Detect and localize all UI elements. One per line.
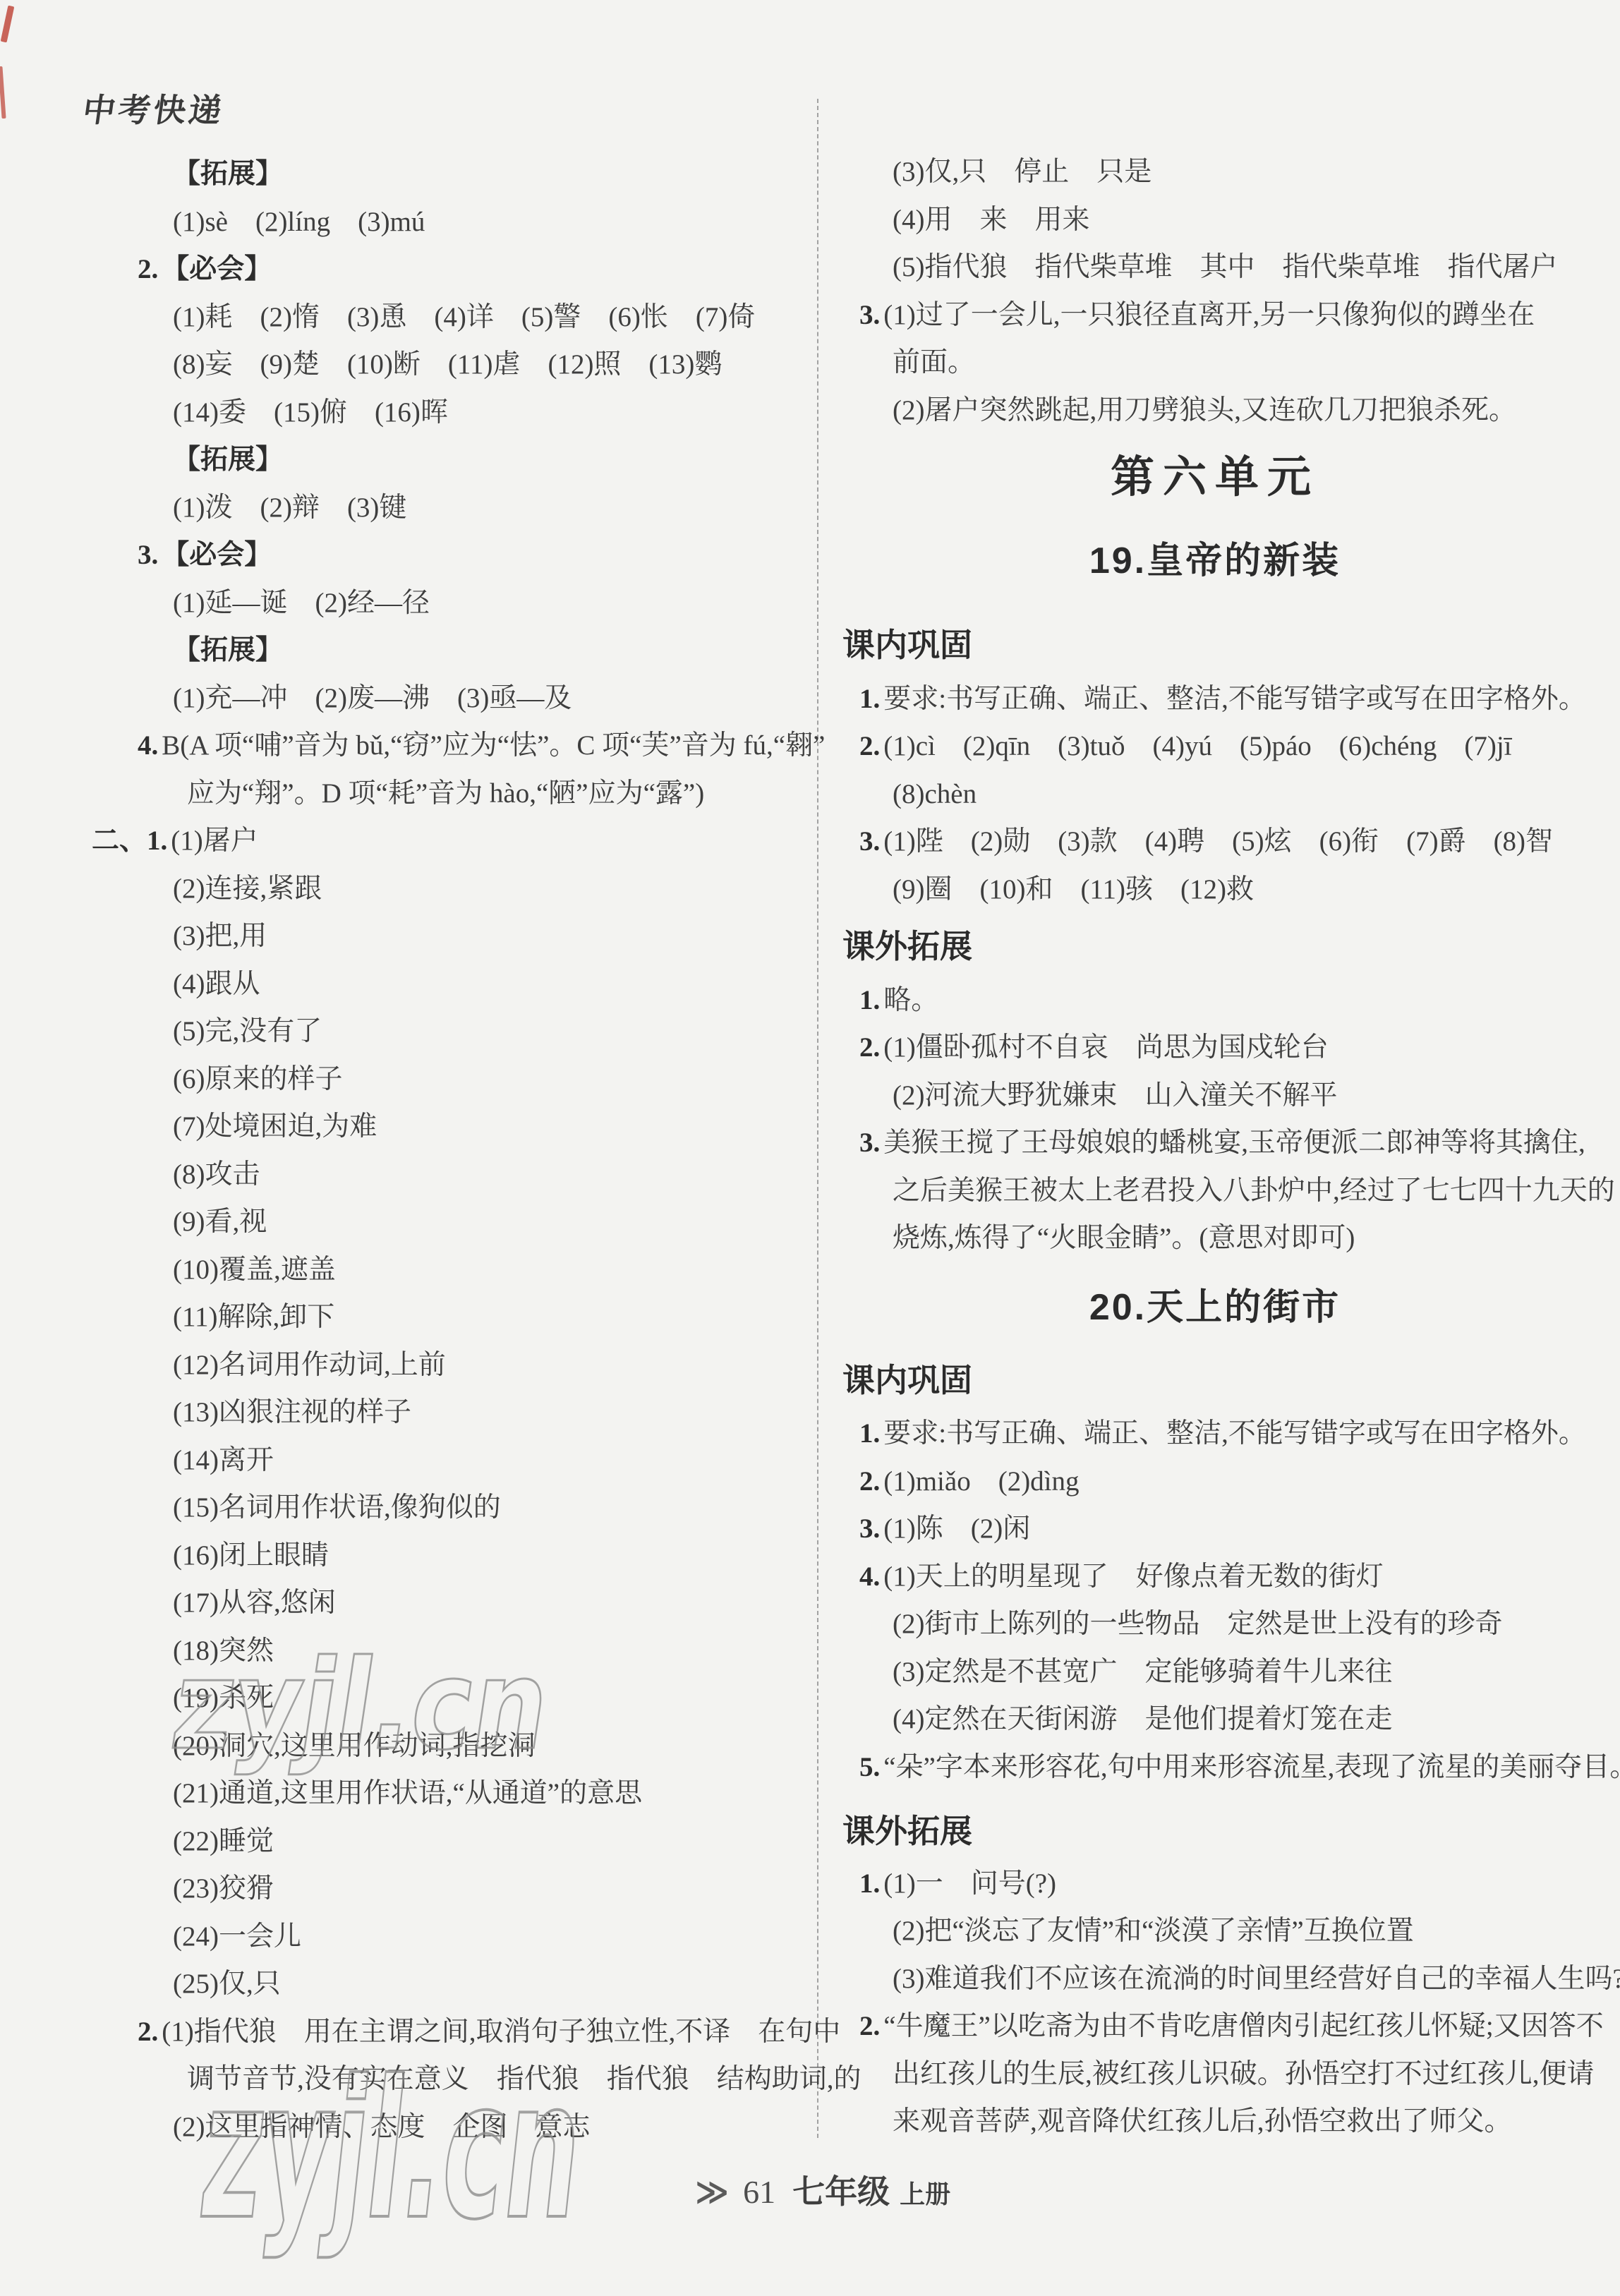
text-line: (7)处境困迫,为难 bbox=[92, 1103, 797, 1151]
line-text: (1)指代狼 用在主谓之间,取消句子独立性,不译 在句中 bbox=[162, 2017, 840, 2047]
line-text: 烧炼,炼得了“火眼金睛”。(意思对即可) bbox=[893, 1223, 1355, 1253]
text-line: 之后美猴王被太上老君投入八卦炉中,经过了七七四十九天的 bbox=[840, 1167, 1590, 1215]
line-text: “朵”字本来形容花,句中用来形容流星,表现了流星的美丽夺目。 bbox=[883, 1752, 1620, 1782]
scan-artifact bbox=[1, 6, 15, 43]
text-line: 2.【必会】 bbox=[92, 246, 797, 294]
line-text: 课外拓展 bbox=[842, 928, 972, 965]
line-text: (6)原来的样子 bbox=[173, 1064, 342, 1094]
line-text: (13)凶狠注视的样子 bbox=[173, 1397, 411, 1427]
item-number: 2. bbox=[859, 1032, 880, 1063]
section-header: 课外拓展 bbox=[840, 1808, 1590, 1856]
line-text: (3)难道我们不应该在流淌的时间里经营好自己的幸福人生吗? bbox=[893, 1964, 1620, 1994]
heading-line: 19.皇帝的新装 bbox=[840, 533, 1590, 589]
text-line: (24)一会儿 bbox=[92, 1913, 797, 1961]
item-number: 2. bbox=[859, 1466, 880, 1497]
line-text: (17)从容,悠闲 bbox=[173, 1588, 336, 1618]
footer-page-number: 61 bbox=[743, 2173, 775, 2211]
line-text: 之后美猴王被太上老君投入八卦炉中,经过了七七四十九天的 bbox=[893, 1176, 1615, 1206]
line-text: (22)睡觉 bbox=[173, 1826, 274, 1856]
text-line: 2.(1)cì (2)qīn (3)tuǒ (4)yú (5)páo (6)ch… bbox=[840, 723, 1590, 771]
line-text: 【拓展】 bbox=[173, 445, 283, 475]
item-number: 3. bbox=[859, 826, 880, 857]
text-line: (8)妄 (9)楚 (10)断 (11)虐 (12)照 (13)鹦 bbox=[92, 341, 797, 389]
item-number: 1. bbox=[859, 1418, 880, 1449]
text-line: (9)圈 (10)和 (11)骇 (12)救 bbox=[840, 866, 1590, 914]
text-line: (10)覆盖,遮盖 bbox=[92, 1246, 797, 1294]
text-line: 【拓展】 bbox=[92, 436, 797, 484]
line-text: 【必会】 bbox=[162, 254, 272, 284]
line-text: (15)名词用作状语,像狗似的 bbox=[173, 1492, 501, 1523]
item-number: 1. bbox=[859, 1868, 880, 1899]
text-line: (1)泼 (2)辩 (3)键 bbox=[92, 484, 797, 532]
text-line: 烧炼,炼得了“火眼金睛”。(意思对即可) bbox=[840, 1214, 1590, 1262]
item-number: 4. bbox=[138, 730, 158, 761]
line-text: (1)屠户 bbox=[171, 826, 258, 856]
line-text: (2)街市上陈列的一些物品 定然是世上没有的珍奇 bbox=[893, 1609, 1502, 1639]
text-line: (5)完,没有了 bbox=[92, 1008, 797, 1056]
text-line: (19)杀死 bbox=[92, 1674, 797, 1722]
text-line: (1)耗 (2)惰 (3)恿 (4)详 (5)警 (6)怅 (7)倚 bbox=[92, 294, 797, 342]
text-line: 3.美猴王搅了王母娘娘的蟠桃宴,玉帝便派二郎神等将其擒住, bbox=[840, 1119, 1590, 1167]
text-line: 【拓展】 bbox=[92, 627, 797, 675]
item-number: 2. bbox=[138, 254, 158, 284]
line-text: (2)连接,紧跟 bbox=[173, 874, 322, 904]
text-line: (25)仅,只 bbox=[92, 1960, 797, 2008]
footer-grade: 七年级 bbox=[792, 2166, 890, 2213]
item-number: 2. bbox=[138, 2017, 158, 2047]
line-text: (7)处境困迫,为难 bbox=[173, 1111, 377, 1142]
line-text: (4)定然在天街闲游 是他们提着灯笼在走 bbox=[893, 1704, 1392, 1734]
text-line: (17)从容,悠闲 bbox=[92, 1579, 797, 1627]
item-number: 1. bbox=[859, 985, 880, 1015]
line-text: (2)这里指神情、态度 企图 意志 bbox=[173, 2112, 590, 2142]
text-line: 3.(1)陛 (2)勋 (3)款 (4)聘 (5)炫 (6)衔 (7)爵 (8)… bbox=[840, 818, 1590, 866]
footer-volume: 上册 bbox=[900, 2175, 950, 2211]
line-text: (14)离开 bbox=[173, 1445, 274, 1475]
line-text: (5)完,没有了 bbox=[173, 1016, 322, 1046]
footer-arrows-icon: ≫ bbox=[695, 2173, 729, 2211]
line-text: (4)跟从 bbox=[173, 969, 260, 999]
text-line: (13)凶狠注视的样子 bbox=[92, 1389, 797, 1437]
section-header: 课外拓展 bbox=[840, 923, 1590, 971]
text-line: (11)解除,卸下 bbox=[92, 1293, 797, 1341]
line-text: 略。 bbox=[883, 985, 938, 1015]
line-text: (11)解除,卸下 bbox=[173, 1302, 334, 1332]
text-line: 前面。 bbox=[840, 339, 1590, 387]
line-text: (1)泼 (2)辩 (3)键 bbox=[173, 493, 406, 523]
line-text: (1)一 问号(?) bbox=[883, 1868, 1056, 1899]
text-line: 3.(1)陈 (2)闲 bbox=[840, 1505, 1590, 1553]
text-line: (9)看,视 bbox=[92, 1198, 797, 1246]
item-number: 2. bbox=[859, 2011, 880, 2041]
scan-artifact bbox=[0, 66, 6, 119]
line-text: (8)chèn bbox=[893, 779, 977, 809]
line-text: (21)通道,这里用作状语,“从通道”的意思 bbox=[173, 1778, 642, 1808]
line-text: (1)陛 (2)勋 (3)款 (4)聘 (5)炫 (6)衔 (7)爵 (8)智 bbox=[883, 826, 1553, 857]
text-line: (16)闭上眼睛 bbox=[92, 1532, 797, 1580]
text-line: 4.B(A 项“哺”音为 bǔ,“窃”应为“怯”。C 项“芙”音为 fú,“翱” bbox=[92, 722, 797, 770]
text-line: 1.(1)一 问号(?) bbox=[840, 1860, 1590, 1908]
line-text: (8)妄 (9)楚 (10)断 (11)虐 (12)照 (13)鹦 bbox=[173, 349, 722, 380]
line-text: (1)延—诞 (2)经—径 bbox=[173, 588, 430, 618]
text-line: 出红孩儿的生辰,被红孩儿识破。孙悟空打不过红孩儿,便请 bbox=[840, 2050, 1590, 2098]
line-text: 美猴王搅了王母娘娘的蟠桃宴,玉帝便派二郎神等将其擒住, bbox=[883, 1128, 1585, 1158]
line-text: 【拓展】 bbox=[173, 635, 283, 665]
line-text: (8)攻击 bbox=[173, 1159, 260, 1190]
line-text: (9)看,视 bbox=[173, 1207, 267, 1237]
line-text: 课内巩固 bbox=[842, 1362, 972, 1398]
text-line: 4.(1)天上的明星现了 好像点着无数的街灯 bbox=[840, 1553, 1590, 1601]
heading-line: 20.天上的街市 bbox=[840, 1279, 1590, 1336]
line-text: (1)陈 (2)闲 bbox=[883, 1513, 1030, 1544]
text-line: (15)名词用作状语,像狗似的 bbox=[92, 1484, 797, 1532]
line-text: 调节音节,没有实在意义 指代狼 指代狼 结构助词,的 bbox=[187, 2064, 862, 2094]
text-line: (20)洞穴,这里用作动词,指挖洞 bbox=[92, 1722, 797, 1770]
text-line: (5)指代狼 指代柴草堆 其中 指代柴草堆 指代屠户 bbox=[840, 243, 1590, 291]
line-text: (1)耗 (2)惰 (3)恿 (4)详 (5)警 (6)怅 (7)倚 bbox=[173, 302, 755, 332]
brand-logo: 中考快递 bbox=[80, 85, 227, 131]
text-line: (14)离开 bbox=[92, 1437, 797, 1485]
line-text: (1)天上的明星现了 好像点着无数的街灯 bbox=[883, 1561, 1383, 1592]
text-line: (2)街市上陈列的一些物品 定然是世上没有的珍奇 bbox=[840, 1600, 1590, 1648]
right-column: (3)仅,只 停止 只是(4)用 来 用来(5)指代狼 指代柴草堆 其中 指代柴… bbox=[840, 148, 1590, 2146]
item-number: 5. bbox=[859, 1752, 880, 1782]
text-line: 3.【必会】 bbox=[92, 531, 797, 579]
text-line: (18)突然 bbox=[92, 1627, 797, 1675]
text-line: (6)原来的样子 bbox=[92, 1056, 797, 1104]
text-line: (4)跟从 bbox=[92, 960, 797, 1008]
line-text: (16)闭上眼睛 bbox=[173, 1540, 329, 1571]
text-line: 2.(1)指代狼 用在主谓之间,取消句子独立性,不译 在句中 bbox=[92, 2008, 797, 2056]
item-number: 二、1. bbox=[92, 826, 167, 856]
item-number: 3. bbox=[859, 1513, 880, 1544]
text-line: (8)攻击 bbox=[92, 1151, 797, 1199]
text-line: (1)延—诞 (2)经—径 bbox=[92, 579, 797, 627]
text-line: 二、1.(1)屠户 bbox=[92, 817, 797, 865]
line-text: (1)cì (2)qīn (3)tuǒ (4)yú (5)páo (6)chén… bbox=[883, 731, 1511, 761]
text-line: 2.(1)僵卧孤村不自哀 尚思为国戍轮台 bbox=[840, 1024, 1590, 1072]
line-text: (19)杀死 bbox=[173, 1683, 274, 1713]
line-text: 来观音菩萨,观音降伏红孩儿后,孙悟空救出了师父。 bbox=[893, 2106, 1512, 2137]
line-text: (20)洞穴,这里用作动词,指挖洞 bbox=[173, 1731, 535, 1761]
line-text: (25)仅,只 bbox=[173, 1969, 281, 1999]
section-header: 课内巩固 bbox=[840, 1357, 1590, 1405]
text-line: (3)定然是不甚宽广 定能够骑着牛儿来往 bbox=[840, 1648, 1590, 1696]
text-line: 【拓展】 bbox=[92, 150, 797, 198]
text-line: 1.要求:书写正确、端正、整洁,不能写错字或写在田字格外。 bbox=[840, 675, 1590, 723]
line-text: “牛魔王”以吃斋为由不肯吃唐僧肉引起红孩儿怀疑;又因答不 bbox=[883, 2011, 1603, 2041]
text-line: (14)委 (15)俯 (16)晖 bbox=[92, 389, 797, 437]
text-line: 5.“朵”字本来形容花,句中用来形容流星,表现了流星的美丽夺目。 bbox=[840, 1744, 1590, 1792]
text-line: (4)用 来 用来 bbox=[840, 196, 1590, 244]
line-text: (12)名词用作动词,上前 bbox=[173, 1350, 446, 1380]
line-text: (1)充—冲 (2)废—沸 (3)亟—及 bbox=[173, 683, 572, 713]
item-number: 3. bbox=[859, 300, 880, 330]
line-text: (2)河流大野犹嫌束 山入潼关不解平 bbox=[893, 1080, 1337, 1111]
line-text: (3)仅,只 停止 只是 bbox=[893, 157, 1151, 187]
line-text: 【必会】 bbox=[162, 540, 272, 570]
text-line: (22)睡觉 bbox=[92, 1818, 797, 1866]
text-line: (12)名词用作动词,上前 bbox=[92, 1341, 797, 1389]
text-line: (3)仅,只 停止 只是 bbox=[840, 148, 1590, 196]
line-text: (3)定然是不甚宽广 定能够骑着牛儿来往 bbox=[893, 1657, 1392, 1687]
text-line: (21)通道,这里用作状语,“从通道”的意思 bbox=[92, 1770, 797, 1818]
text-line: (2)屠户突然跳起,用刀劈狼头,又连砍几刀把狼杀死。 bbox=[840, 387, 1590, 435]
item-number: 4. bbox=[859, 1561, 880, 1592]
page-footer: ≫ 61 七年级 上册 bbox=[695, 2166, 950, 2216]
line-text: 应为“翔”。D 项“耗”音为 hào,“陋”应为“露”) bbox=[187, 778, 704, 809]
line-text: 课内巩固 bbox=[842, 627, 972, 663]
line-text: 19.皇帝的新装 bbox=[1089, 540, 1341, 581]
line-text: (2)把“淡忘了友情”和“淡漠了亲情”互换位置 bbox=[893, 1916, 1414, 1946]
line-text: 出红孩儿的生辰,被红孩儿识破。孙悟空打不过红孩儿,便请 bbox=[893, 2059, 1595, 2089]
item-number: 1. bbox=[859, 684, 880, 714]
text-line: 1.略。 bbox=[840, 977, 1590, 1025]
line-text: (24)一会儿 bbox=[173, 1921, 301, 1952]
text-line: (4)定然在天街闲游 是他们提着灯笼在走 bbox=[840, 1696, 1590, 1744]
text-line: (2)河流大野犹嫌束 山入潼关不解平 bbox=[840, 1072, 1590, 1120]
scanned-answer-page: 中考快递 【拓展】(1)sè (2)líng (3)mú2.【必会】(1)耗 (… bbox=[0, 0, 1620, 2296]
text-line: (3)把,用 bbox=[92, 912, 797, 960]
text-line: (2)连接,紧跟 bbox=[92, 865, 797, 913]
line-text: (5)指代狼 指代柴草堆 其中 指代柴草堆 指代屠户 bbox=[893, 252, 1557, 282]
line-text: (1)sè (2)líng (3)mú bbox=[173, 207, 425, 237]
text-line: (3)难道我们不应该在流淌的时间里经营好自己的幸福人生吗? bbox=[840, 1955, 1590, 2003]
line-text: (18)突然 bbox=[173, 1636, 274, 1666]
text-line: (8)chèn bbox=[840, 771, 1590, 818]
line-text: (1)miǎo (2)dìng bbox=[883, 1466, 1079, 1497]
text-line: (23)狡猾 bbox=[92, 1865, 797, 1913]
line-text: (9)圈 (10)和 (11)骇 (12)救 bbox=[893, 874, 1254, 905]
line-text: 【拓展】 bbox=[173, 159, 283, 189]
line-text: (23)狡猾 bbox=[173, 1873, 274, 1904]
line-text: (1)僵卧孤村不自哀 尚思为国戍轮台 bbox=[883, 1032, 1328, 1063]
column-divider bbox=[817, 99, 818, 2138]
line-text: (3)把,用 bbox=[173, 921, 267, 951]
item-number: 3. bbox=[859, 1128, 880, 1158]
text-line: (1)sè (2)líng (3)mú bbox=[92, 198, 797, 246]
line-text: (2)屠户突然跳起,用刀劈狼头,又连砍几刀把狼杀死。 bbox=[893, 395, 1516, 425]
item-number: 3. bbox=[138, 540, 158, 570]
text-line: 应为“翔”。D 项“耗”音为 hào,“陋”应为“露”) bbox=[92, 770, 797, 818]
text-line: 3.(1)过了一会儿,一只狼径直离开,另一只像狗似的蹲坐在 bbox=[840, 291, 1590, 339]
line-text: 20.天上的街市 bbox=[1089, 1287, 1341, 1328]
text-line: (2)把“淡忘了友情”和“淡漠了亲情”互换位置 bbox=[840, 1907, 1590, 1955]
left-column: 【拓展】(1)sè (2)líng (3)mú2.【必会】(1)耗 (2)惰 (… bbox=[92, 150, 797, 2151]
text-line: 调节音节,没有实在意义 指代狼 指代狼 结构助词,的 bbox=[92, 2055, 797, 2103]
text-line: 1.要求:书写正确、端正、整洁,不能写错字或写在田字格外。 bbox=[840, 1410, 1590, 1458]
text-line: 2.(1)miǎo (2)dìng bbox=[840, 1458, 1590, 1506]
line-text: 要求:书写正确、端正、整洁,不能写错字或写在田字格外。 bbox=[883, 684, 1586, 714]
heading-line: 第六单元 bbox=[840, 449, 1590, 506]
line-text: B(A 项“哺”音为 bǔ,“窃”应为“怯”。C 项“芙”音为 fú,“翱” bbox=[162, 730, 825, 761]
line-text: 课外拓展 bbox=[842, 1813, 972, 1849]
text-line: 来观音菩萨,观音降伏红孩儿后,孙悟空救出了师父。 bbox=[840, 2098, 1590, 2146]
section-header: 课内巩固 bbox=[840, 622, 1590, 670]
line-text: 前面。 bbox=[893, 347, 975, 377]
line-text: (14)委 (15)俯 (16)晖 bbox=[173, 397, 448, 428]
line-text: 第六单元 bbox=[1111, 453, 1319, 502]
line-text: (10)覆盖,遮盖 bbox=[173, 1255, 336, 1285]
text-line: (1)充—冲 (2)废—沸 (3)亟—及 bbox=[92, 675, 797, 723]
item-number: 2. bbox=[859, 731, 880, 761]
text-line: 2.“牛魔王”以吃斋为由不肯吃唐僧肉引起红孩儿怀疑;又因答不 bbox=[840, 2002, 1590, 2050]
line-text: 要求:书写正确、端正、整洁,不能写错字或写在田字格外。 bbox=[883, 1418, 1586, 1449]
line-text: (1)过了一会儿,一只狼径直离开,另一只像狗似的蹲坐在 bbox=[883, 300, 1535, 330]
text-line: (2)这里指神情、态度 企图 意志 bbox=[92, 2103, 797, 2151]
line-text: (4)用 来 用来 bbox=[893, 205, 1089, 235]
